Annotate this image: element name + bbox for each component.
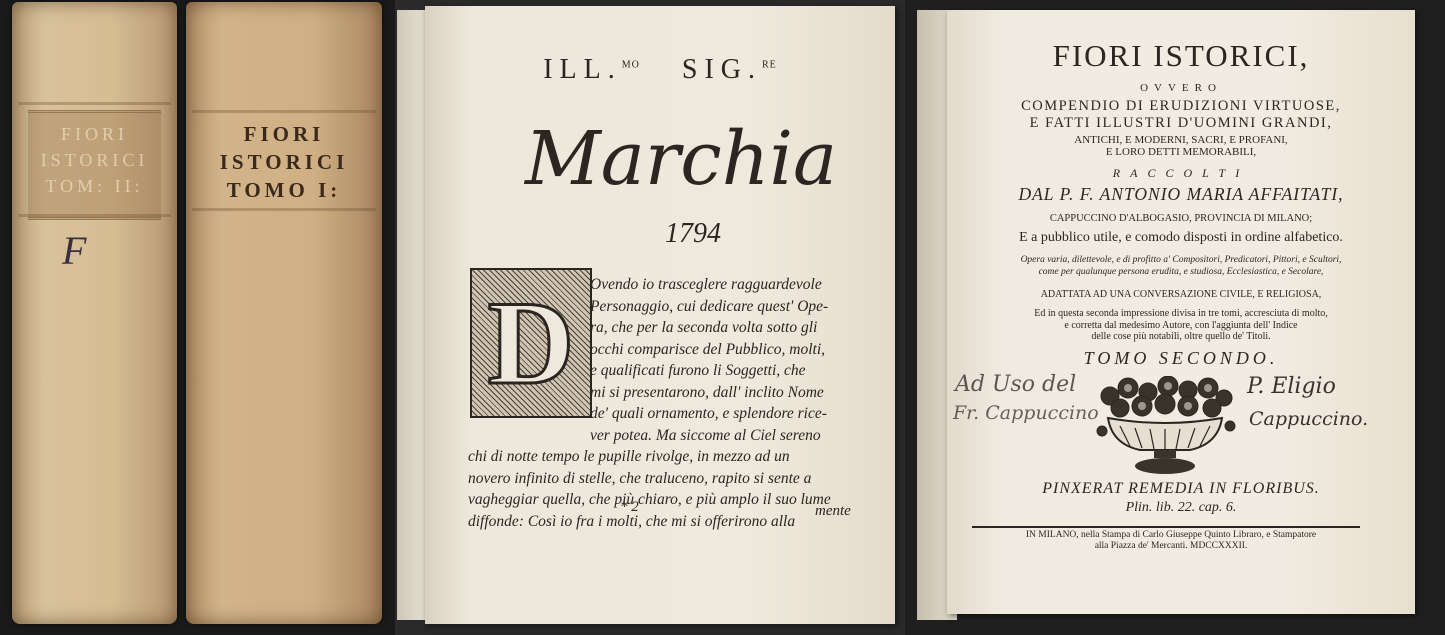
impression-line: e corretta dal medesimo Autore, con l'ag… xyxy=(947,320,1415,332)
heading-sup: RE xyxy=(762,60,777,71)
spine-title-line: FIORI xyxy=(202,120,366,148)
heading-sup: MO xyxy=(622,60,640,71)
dedication-body: Ovendo io trasceglere ragguardevole Pers… xyxy=(468,274,863,532)
alphabetic-line: E a pubblico utile, e comodo disposti in… xyxy=(947,230,1415,246)
spine-band xyxy=(192,110,376,113)
author-order-line: CAPPUCCINO D'ALBOGASIO, PROVINCIA DI MIL… xyxy=(947,213,1415,224)
text-line: vagheggiar quella, che più chiaro, e più… xyxy=(468,489,863,511)
title-page: FIORI ISTORICI, OVVERO COMPENDIO DI ERUD… xyxy=(947,10,1415,614)
text-line: ra, che per la seconda volta sotto gli xyxy=(468,317,863,339)
imprint: IN MILANO, nella Stampa di Carlo Giusepp… xyxy=(947,530,1395,552)
handwritten-note: Ad Uso del xyxy=(955,372,1076,397)
text-line: ver potea. Ma siccome al Ciel sereno xyxy=(468,425,863,447)
dedication-page-photo: ILL.MO SIG.RE Marchia 1794 D Ovendo io t… xyxy=(395,0,905,635)
spine-band xyxy=(18,102,171,105)
signature-mark: * 2 xyxy=(620,499,639,516)
spine-label: FIORI ISTORICI TOM: II: xyxy=(28,110,161,220)
impression-note: Ed in questa seconda impressione divisa … xyxy=(947,308,1415,343)
motto-source: Plin. lib. 22. cap. 6. xyxy=(947,500,1415,516)
handwritten-note: Fr. Cappuccino xyxy=(953,402,1099,424)
impression-line: Ed in questa seconda impressione divisa … xyxy=(947,308,1415,320)
spine-band xyxy=(18,214,171,217)
text-line: chi di notte tempo le pupille rivolge, i… xyxy=(468,446,863,468)
spine-volume-number: TOM: II: xyxy=(28,173,161,199)
spine-volume-number: TOMO I: xyxy=(202,176,366,204)
subtitle-line: ANTICHI, E MODERNI, SACRI, E PROFANI, xyxy=(947,134,1415,146)
book-title: FIORI ISTORICI, xyxy=(947,38,1415,74)
text-line: occhi comparisce del Pubblico, molti, xyxy=(468,339,863,361)
subtitle-block: ANTICHI, E MODERNI, SACRI, E PROFANI, E … xyxy=(947,134,1415,158)
spine-label: FIORI ISTORICI TOMO I: xyxy=(202,120,366,204)
author-line: DAL P. F. ANTONIO MARIA AFFAITATI, xyxy=(947,184,1415,205)
subtitle-line: E LORO DETTI MEMORABILI, xyxy=(947,146,1415,158)
catchword: mente xyxy=(815,503,851,520)
spine-volume-1: FIORI ISTORICI TOMO I: xyxy=(186,2,382,624)
spine-title-line: ISTORICI xyxy=(202,148,366,176)
spine-volume-2: FIORI ISTORICI TOM: II: F xyxy=(12,2,177,624)
imprint-line: alla Piazza de' Mercanti. MDCCXXXII. xyxy=(947,541,1395,552)
flower-basket-icon xyxy=(1090,376,1240,476)
impression-line: delle cose più notabili, oltre quello de… xyxy=(947,331,1415,343)
dedication-heading: ILL.MO SIG.RE xyxy=(425,54,895,86)
text-line: de' quali ornamento, e splendore rice- xyxy=(468,403,863,425)
volume-label: TOMO SECONDO. xyxy=(947,348,1415,369)
motto: PINXERAT REMEDIA IN FLORIBUS. xyxy=(947,480,1415,498)
opera-line: Opera varia, dilettevole, e di profitto … xyxy=(947,254,1415,266)
handwritten-year: 1794 xyxy=(665,218,721,250)
subtitle-line: COMPENDIO DI ERUDIZIONI VIRTUOSE, xyxy=(947,98,1415,115)
opera-description: Opera varia, dilettevole, e di profitto … xyxy=(947,254,1415,278)
subtitle-block: COMPENDIO DI ERUDIZIONI VIRTUOSE, E FATT… xyxy=(947,98,1415,132)
heading-ill: ILL. xyxy=(543,54,622,85)
handwritten-owner: P. Eligio xyxy=(1247,374,1336,399)
spine-title-line: FIORI xyxy=(28,121,161,147)
text-line: mi si presentarono, dall' inclito Nome xyxy=(468,382,863,404)
title-page-photo: FIORI ISTORICI, OVVERO COMPENDIO DI ERUD… xyxy=(905,0,1445,635)
text-line: e qualificati furono li Soggetti, che xyxy=(468,360,863,382)
dedication-page: ILL.MO SIG.RE Marchia 1794 D Ovendo io t… xyxy=(425,6,895,624)
book-spines-photo: FIORI ISTORICI TOM: II: F FIORI ISTORICI… xyxy=(0,0,395,635)
heading-sig: SIG. xyxy=(682,54,762,85)
spine-band xyxy=(192,208,376,211)
text-line: diffonde: Così io fra i molti, che mi si… xyxy=(468,511,863,533)
handwritten-owner: Cappuccino. xyxy=(1249,408,1368,430)
adattata-line: ADATTATA AD UNA CONVERSAZIONE CIVILE, E … xyxy=(947,289,1415,300)
handwritten-name: Marchia xyxy=(525,116,837,202)
imprint-line: IN MILANO, nella Stampa di Carlo Giusepp… xyxy=(947,530,1395,541)
subtitle-line: E FATTI ILLUSTRI D'UOMINI GRANDI, xyxy=(947,115,1415,132)
raccolti-label: RACCOLTI xyxy=(947,166,1415,181)
text-line: Personaggio, cui dedicare quest' Ope- xyxy=(468,296,863,318)
title-ovvero: OVVERO xyxy=(947,82,1415,94)
divider-rule xyxy=(972,526,1360,528)
text-line: novero infinito di stelle, che traluceno… xyxy=(468,468,863,490)
text-line: Ovendo io trasceglere ragguardevole xyxy=(468,274,863,296)
spine-title-line: ISTORICI xyxy=(28,147,161,173)
opera-line: come per qualunque persona erudita, e st… xyxy=(947,266,1415,278)
spine-ink-mark: F xyxy=(62,227,86,274)
